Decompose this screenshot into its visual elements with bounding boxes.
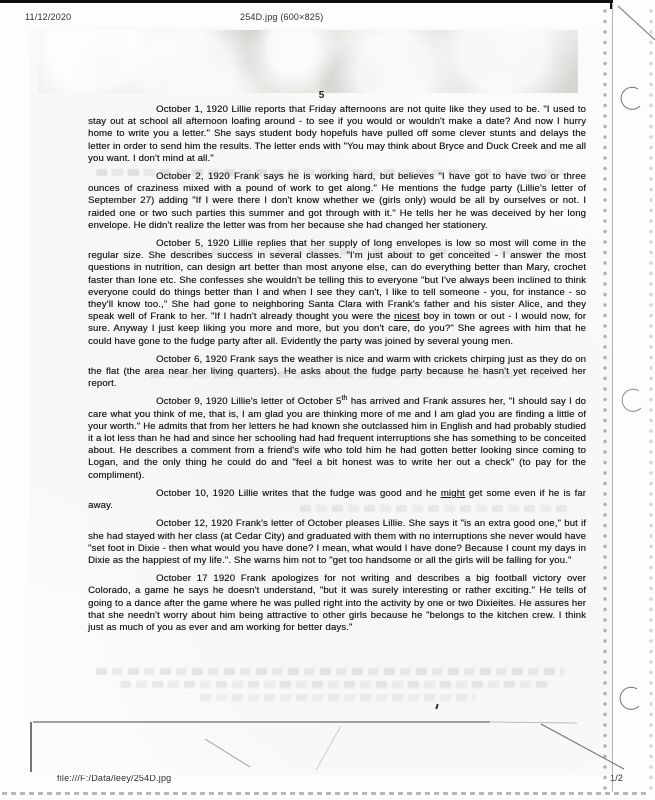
hole-punch-arc [622, 389, 641, 411]
scan-artifacts-overlay [0, 0, 655, 800]
corner-fold-line [618, 6, 655, 40]
hole-punch-arc [621, 87, 640, 109]
hole-punch-arc [620, 687, 639, 709]
scan-bottom-edge-faint [490, 722, 577, 723]
crease-line [205, 739, 250, 767]
crease-line [316, 726, 341, 770]
crease-line [541, 724, 624, 769]
